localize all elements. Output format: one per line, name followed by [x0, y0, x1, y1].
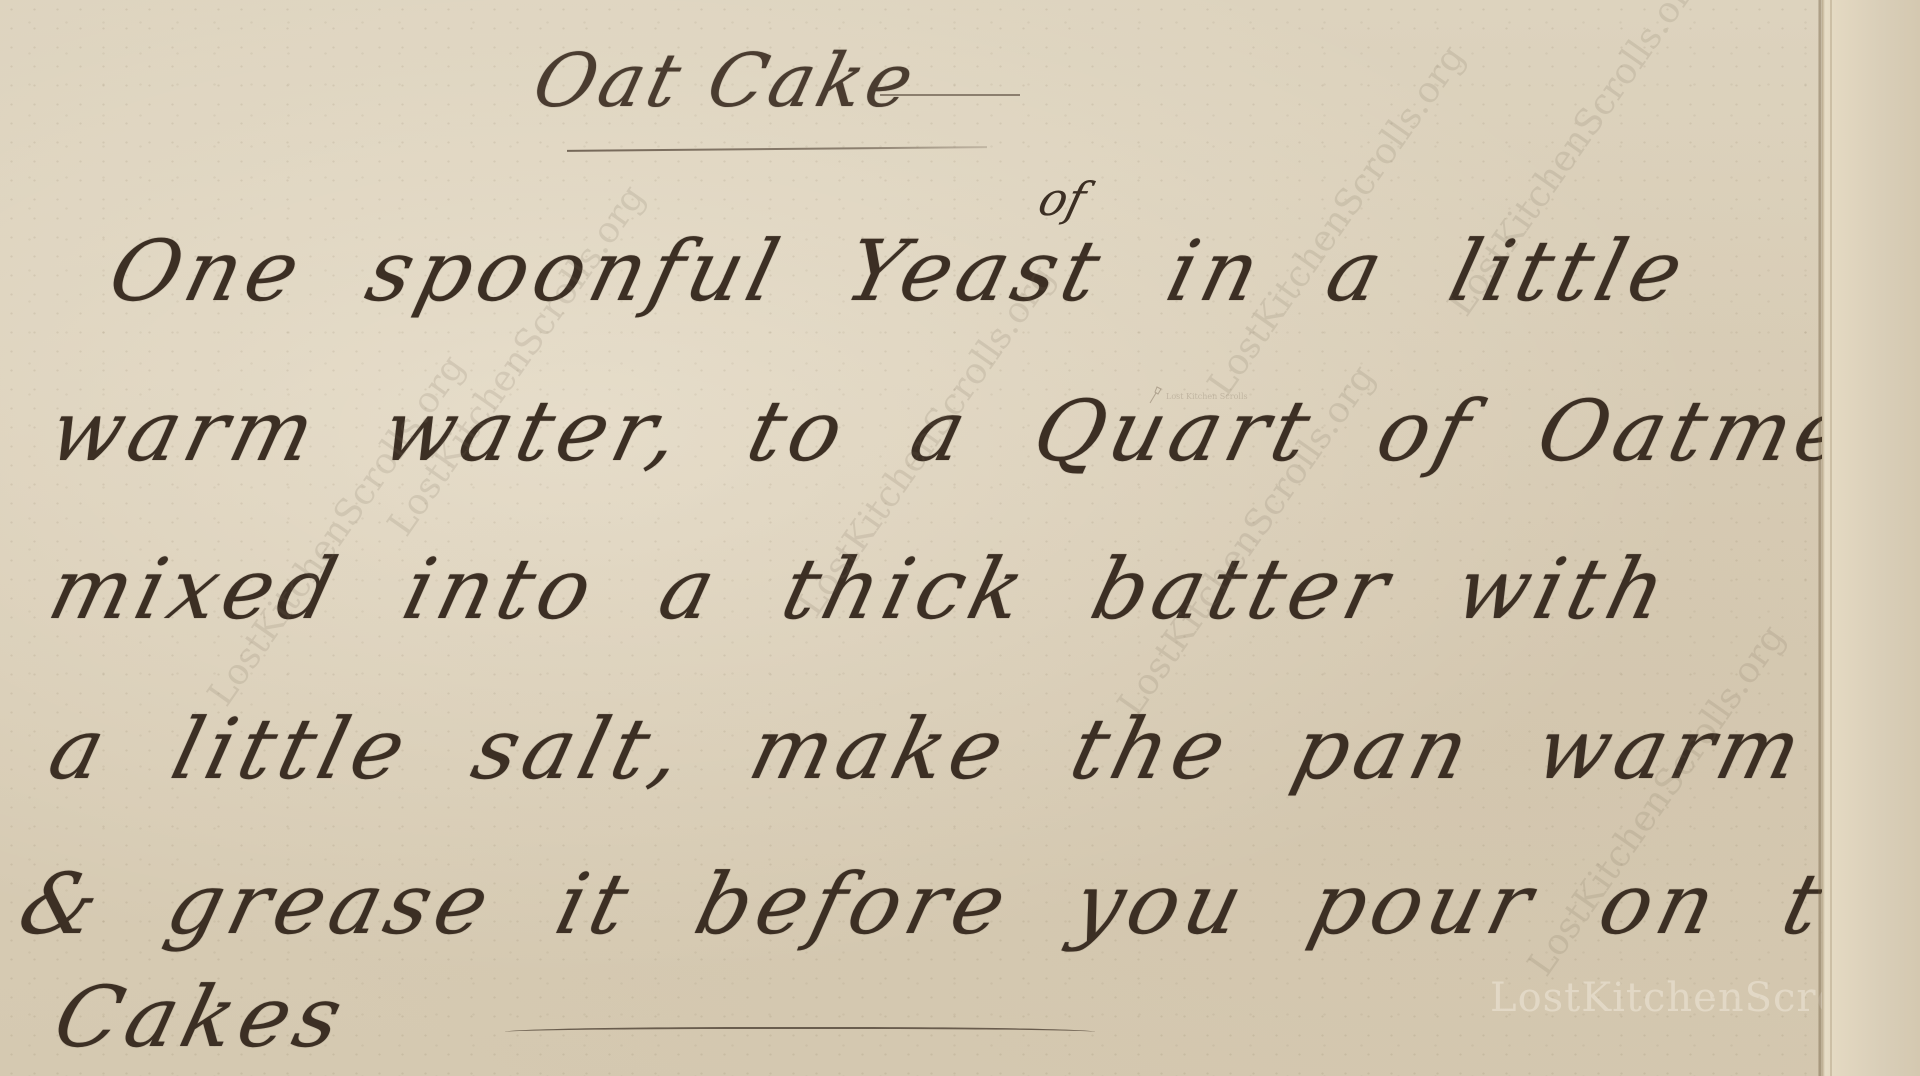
recipe-line-5: & grease it before you pour on the [10, 855, 1920, 953]
recipe-title: Oat Cake [525, 38, 926, 124]
page-fold-line [1830, 0, 1832, 1076]
manuscript-page: Oat Cake of One spoonful Yeast in a litt… [0, 0, 1920, 1076]
inserted-word: of [1033, 172, 1091, 226]
watermark-logo-text: Lost Kitchen Scrolls [1166, 392, 1248, 401]
recipe-line-2: warm water, to a Quart of Oatmeal [40, 382, 1920, 480]
recipe-line-3: mixed into a thick batter with [40, 540, 1681, 638]
spatula-icon [1148, 386, 1162, 406]
page-fold-line [1818, 0, 1822, 1076]
recipe-line-1: One spoonful Yeast in a little [100, 222, 1698, 320]
watermark-diagonal: LostKitchenScrolls.org [1200, 38, 1473, 404]
recipe-line-6: Cakes [45, 968, 358, 1066]
recipe-line-4: a little salt, make the pan warm [40, 700, 1817, 798]
title-flourish [880, 94, 1020, 96]
closing-rule [505, 1027, 1095, 1032]
adjacent-page-edge [1822, 0, 1920, 1076]
title-underline [567, 146, 987, 152]
watermark-logo: Lost Kitchen Scrolls [1148, 386, 1248, 406]
